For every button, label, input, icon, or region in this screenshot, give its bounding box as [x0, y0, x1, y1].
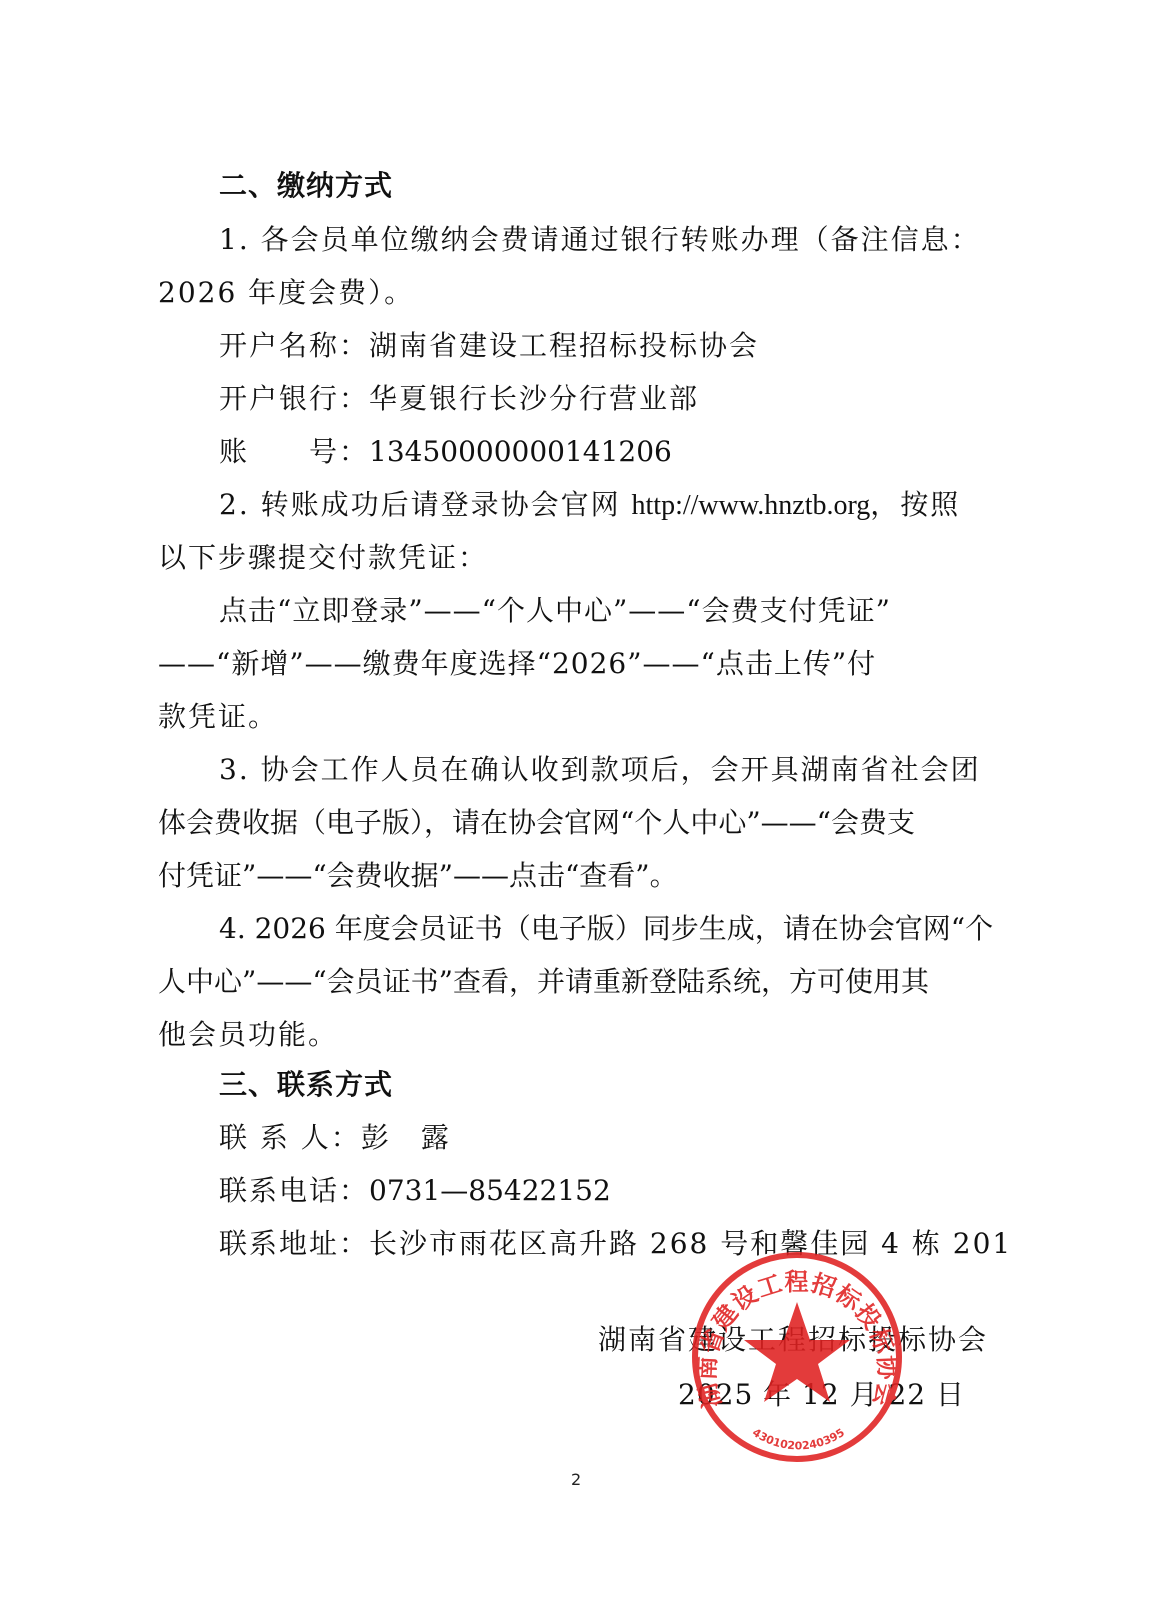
contact-phone-row: 联系电话：0731—85422152 — [219, 1173, 1049, 1209]
section-heading-contact: 三、联系方式 — [219, 1067, 1049, 1103]
contact-person-value: 彭 露 — [361, 1121, 451, 1154]
account-number-value: 13450000000141206 — [369, 435, 672, 468]
item-3-line-3: 付凭证”——“会费收据”——点击“查看”。 — [158, 858, 988, 894]
account-bank-row: 开户银行：华夏银行长沙分行营业部 — [219, 381, 1049, 417]
document-page: 二、缴纳方式 1. 各会员单位缴纳会费请通过银行转账办理（备注信息： 2026 … — [0, 0, 1158, 1600]
contact-person-row: 联 系 人：彭 露 — [219, 1120, 1049, 1156]
signature-date: 2025 年 12 月 22 日 — [678, 1377, 978, 1413]
item-2-line-2: 以下步骤提交付款凭证： — [158, 540, 988, 576]
account-name-row: 开户名称：湖南省建设工程招标投标协会 — [219, 328, 1049, 364]
item-4-line-3: 他会员功能。 — [158, 1017, 988, 1053]
item-2-steps-line-1: 点击“立即登录”——“个人中心”——“会费支付凭证” — [219, 593, 1049, 629]
contact-address-row: 联系地址：长沙市雨花区高升路 268 号和馨佳园 4 栋 201 — [219, 1226, 1049, 1262]
contact-address-label: 联系地址： — [219, 1227, 369, 1260]
item-1-line-1: 1. 各会员单位缴纳会费请通过银行转账办理（备注信息： — [219, 222, 987, 258]
page-number: 2 — [571, 1470, 581, 1490]
item-2-prefix: 2. 转账成功后请登录协会官网 — [219, 488, 632, 521]
account-bank-label: 开户银行： — [219, 382, 369, 415]
account-number-row: 账 号：13450000000141206 — [219, 434, 1049, 470]
contact-phone-value: 0731—85422152 — [369, 1174, 611, 1207]
account-name-label: 开户名称： — [219, 329, 369, 362]
contact-person-label: 联 系 人： — [219, 1121, 361, 1154]
signature-organization: 湖南省建设工程招标投标协会 — [598, 1322, 998, 1358]
item-2-suffix: ，按照 — [870, 488, 960, 521]
item-2-steps-line-3: 款凭证。 — [158, 699, 988, 735]
contact-phone-label: 联系电话： — [219, 1174, 369, 1207]
item-4-line-1: 4. 2026 年度会员证书（电子版）同步生成，请在协会官网“个 — [219, 911, 1049, 947]
section-heading-payment-method: 二、缴纳方式 — [219, 168, 1049, 204]
item-3-line-1: 3. 协会工作人员在确认收到款项后，会开具湖南省社会团 — [219, 752, 1049, 788]
association-website-link[interactable]: http://www.hnztb.org — [632, 490, 871, 521]
item-4-line-2: 人中心”——“会员证书”查看，并请重新登陆系统，方可使用其 — [158, 964, 988, 1000]
account-name-value: 湖南省建设工程招标投标协会 — [369, 329, 759, 362]
item-1-line-2: 2026 年度会费）。 — [158, 275, 988, 311]
account-number-label: 账 号： — [219, 435, 369, 468]
item-2-line-1: 2. 转账成功后请登录协会官网 http://www.hnztb.org，按照 — [219, 487, 1049, 524]
svg-text:4301020240395: 4301020240395 — [750, 1426, 847, 1452]
item-2-steps-line-2: ——“新增”——缴费年度选择“2026”——“点击上传”付 — [158, 646, 988, 682]
contact-address-value: 长沙市雨花区高升路 268 号和馨佳园 4 栋 201 — [369, 1227, 1012, 1260]
account-bank-value: 华夏银行长沙分行营业部 — [369, 382, 699, 415]
item-3-line-2: 体会费收据（电子版），请在协会官网“个人中心”——“会费支 — [158, 805, 988, 841]
